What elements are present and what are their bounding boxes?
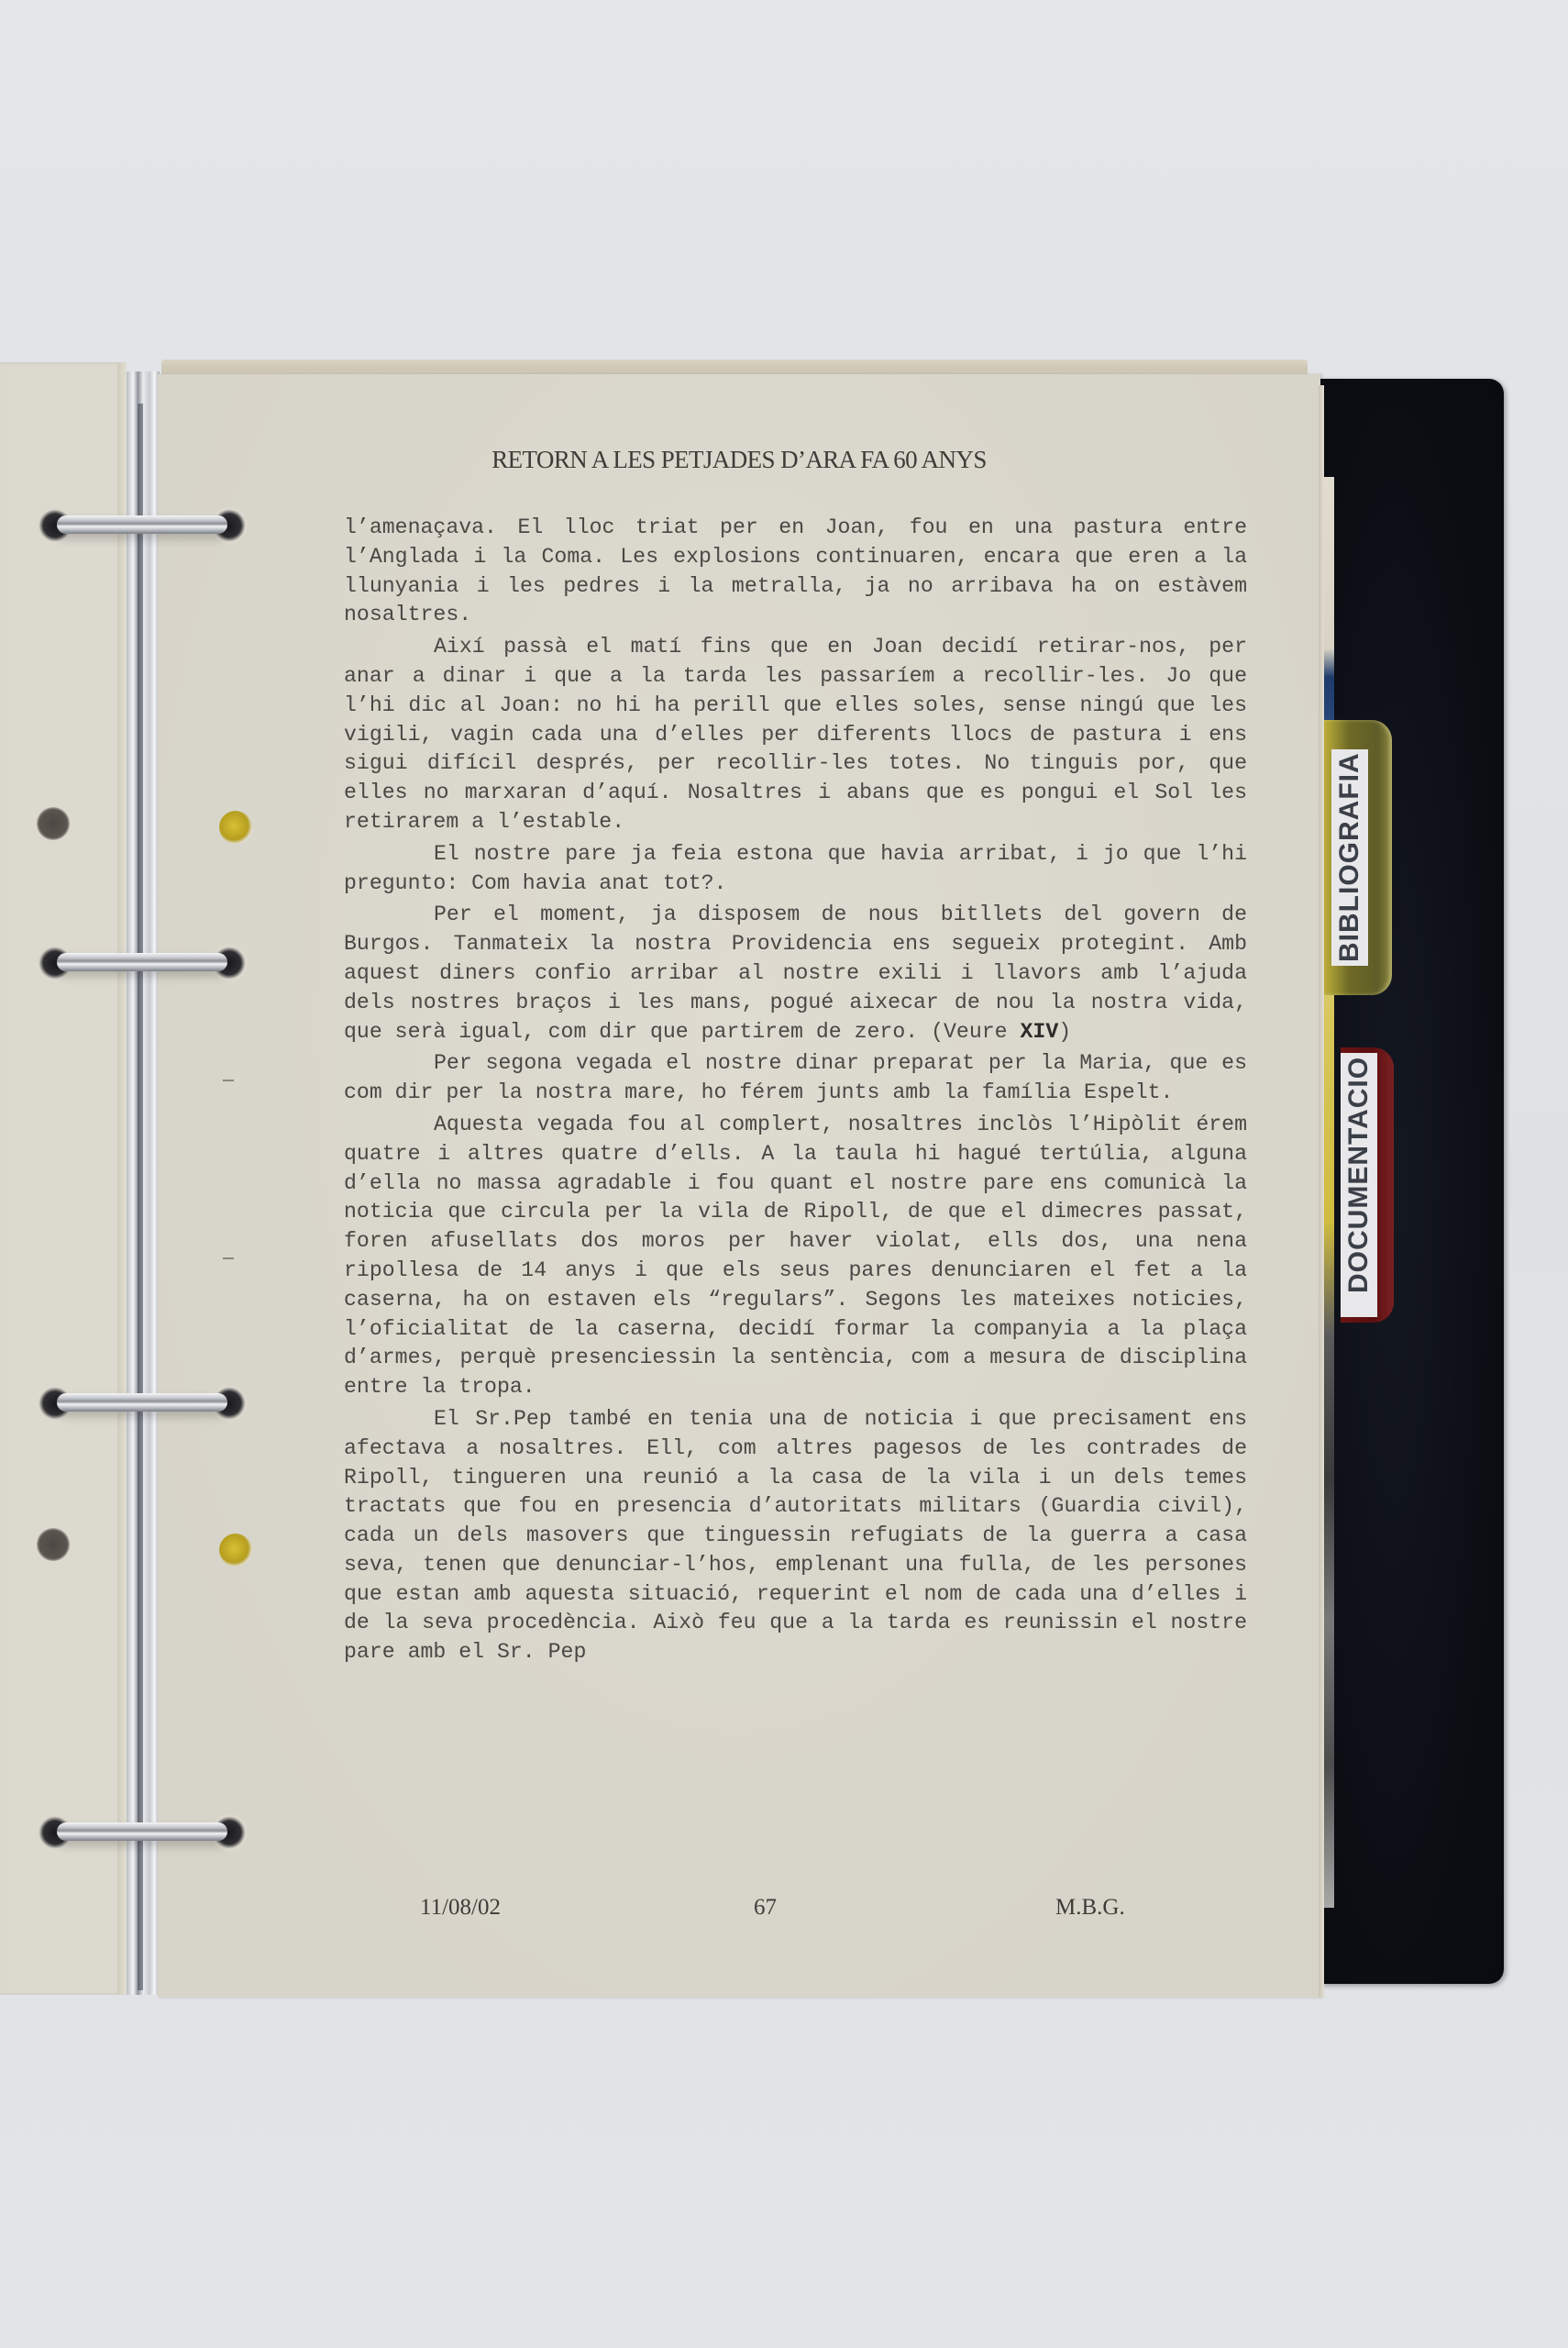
left-page	[0, 362, 127, 1995]
paragraph-text: Per el moment, ja disposem de nous bitll…	[344, 903, 1247, 1043]
tab-bibliografia-label: BIBLIOGRAFIA	[1331, 749, 1368, 966]
ring-bar	[57, 1393, 227, 1412]
page-stack-right-edge	[1319, 385, 1324, 1998]
ring-bar	[57, 1822, 227, 1841]
paragraph-with-reference: Per el moment, ja disposem de nous bitll…	[344, 901, 1247, 1047]
paragraph: Aquesta vegada fou al complert, nosaltre…	[344, 1111, 1247, 1402]
reference-close: )	[1058, 1020, 1071, 1044]
tab-documentacio-label: DOCUMENTACIO	[1341, 1053, 1377, 1317]
punch-hole-right	[219, 1534, 252, 1567]
reference-numeral: XIV	[1020, 1020, 1058, 1044]
binder-ring[interactable]	[37, 1385, 248, 1422]
body-text: l’amenaçava. El lloc triat per en Joan, …	[344, 514, 1247, 1670]
footer-date: 11/08/02	[420, 1895, 501, 1921]
left-page-edge	[117, 362, 127, 1995]
punch-hole-left	[37, 1528, 70, 1561]
binder-ring[interactable]	[37, 1814, 248, 1851]
paragraph: Per segona vegada el nostre dinar prepar…	[344, 1049, 1247, 1108]
binder-ring[interactable]	[37, 945, 248, 981]
spine-shadow	[138, 404, 143, 1990]
punch-hole-right	[219, 811, 252, 844]
paragraph: Així passà el matí fins que en Joan deci…	[344, 633, 1247, 837]
running-header: RETORN A LES PETJADES D’ARA FA 60 ANYS	[158, 446, 1320, 474]
footer-author: M.B.G.	[1055, 1895, 1125, 1921]
tucked-documents	[1323, 477, 1334, 1908]
page-number: 67	[754, 1895, 777, 1921]
binder-ring[interactable]	[37, 507, 248, 544]
paragraph: l’amenaçava. El lloc triat per en Joan, …	[344, 514, 1247, 630]
binder-spine-mechanism	[127, 371, 160, 1995]
ring-bar	[57, 515, 227, 534]
tab-bibliografia[interactable]: BIBLIOGRAFIA	[1320, 720, 1392, 995]
margin-mark	[223, 1080, 234, 1081]
ring-bar	[57, 953, 227, 971]
margin-mark	[223, 1257, 234, 1259]
punch-hole-left	[37, 807, 70, 840]
paragraph: El nostre pare ja feia estona que havia …	[344, 840, 1247, 899]
tab-documentacio[interactable]: DOCUMENTACIO	[1341, 1047, 1394, 1323]
paragraph: El Sr.Pep també en tenia una de noticia …	[344, 1405, 1247, 1667]
